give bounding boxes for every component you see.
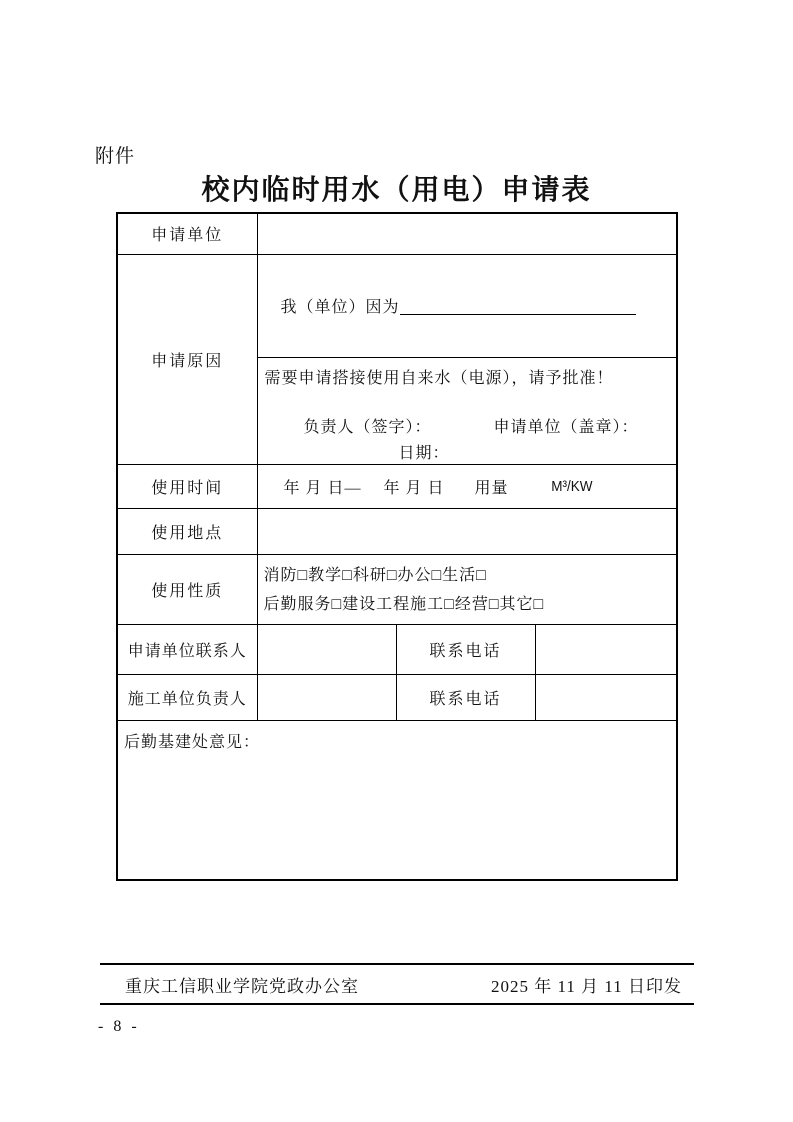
reason-intro-section: 我（单位）因为 [258,255,677,357]
usage-nature-options-line2: 后勤服务□建设工程施工□经营□其它□ [264,590,677,619]
usage-nature-value-cell: 消防□教学□科研□办公□生活□ 后勤服务□建设工程施工□经营□其它□ [257,554,677,624]
date-label: 日期： [399,440,669,463]
row-applicant-contact: 申请单位联系人 联系电话 [117,624,677,674]
constructor-lead-phone-label: 联系电话 [396,674,535,720]
footer-issue-date: 2025 年 11 月 11 日印发 [491,972,682,997]
constructor-lead-label: 施工单位负责人 [117,674,257,720]
row-usage-place: 使用地点 [117,508,677,554]
document-footer: 重庆工信职业学院党政办公室 2025 年 11 月 11 日印发 [100,963,694,1005]
amount-unit: M³/KW [551,478,592,495]
footer-issuer: 重庆工信职业学院党政办公室 [125,972,359,997]
usage-time-content: 年 月 日— 年 月 日 用量 M³/KW [258,475,677,498]
row-usage-nature: 使用性质 消防□教学□科研□办公□生活□ 后勤服务□建设工程施工□经营□其它□ [117,554,677,624]
page-number: - 8 - [98,1018,140,1036]
applicant-contact-value-cell [257,624,396,674]
usage-nature-options-line1: 消防□教学□科研□办公□生活□ [264,561,677,590]
usage-time-value-cell: 年 月 日— 年 月 日 用量 M³/KW [257,464,677,508]
applicant-unit-value-cell [257,213,677,254]
page-title: 校内临时用水（用电）申请表 [0,168,793,208]
row-constructor-lead: 施工单位负责人 联系电话 [117,674,677,720]
applicant-contact-phone-label: 联系电话 [396,624,535,674]
document-page: 附件 校内临时用水（用电）申请表 申请单位 申请原因 我（单位）因为 需要申请搭… [0,0,793,1122]
application-form-table: 申请单位 申请原因 我（单位）因为 需要申请搭接使用自来水（电源），请予批准！ … [116,212,678,881]
reason-content-cell: 我（单位）因为 需要申请搭接使用自来水（电源），请予批准！ 负责人（签字）： 申… [257,254,677,464]
seal-label: 申请单位（盖章）： [494,414,639,437]
constructor-lead-value-cell [257,674,396,720]
usage-nature-label: 使用性质 [117,554,257,624]
usage-place-label: 使用地点 [117,508,257,554]
usage-time-period: 年 月 日— 年 月 日 [284,475,445,498]
row-logistics-opinion: 后勤基建处意见： [117,720,677,880]
reason-request-section: 需要申请搭接使用自来水（电源），请予批准！ 负责人（签字）： 申请单位（盖章）：… [258,357,677,464]
signature-row: 负责人（签字）： 申请单位（盖章）： [265,414,669,437]
logistics-opinion-cell: 后勤基建处意见： [117,720,677,880]
reason-blank-line [400,296,636,314]
row-applicant-unit: 申请单位 [117,213,677,254]
signer-label: 负责人（签字）： [304,414,432,437]
row-reason: 申请原因 我（单位）因为 需要申请搭接使用自来水（电源），请予批准！ 负责人（签… [117,254,677,464]
usage-place-value-cell [257,508,677,554]
constructor-lead-phone-cell [535,674,677,720]
reason-label: 申请原因 [117,254,257,464]
row-usage-time: 使用时间 年 月 日— 年 月 日 用量 M³/KW [117,464,677,508]
reason-intro-prefix: 我（单位）因为 [281,294,400,317]
usage-nature-options: 消防□教学□科研□办公□生活□ 后勤服务□建设工程施工□经营□其它□ [258,555,677,619]
logistics-opinion-label: 后勤基建处意见： [124,734,260,751]
attachment-label: 附件 [95,141,135,168]
applicant-contact-phone-cell [535,624,677,674]
reason-request-line: 需要申请搭接使用自来水（电源），请予批准！ [265,365,669,388]
amount-label: 用量 [475,475,509,498]
applicant-unit-label: 申请单位 [117,213,257,254]
usage-time-label: 使用时间 [117,464,257,508]
applicant-contact-label: 申请单位联系人 [117,624,257,674]
